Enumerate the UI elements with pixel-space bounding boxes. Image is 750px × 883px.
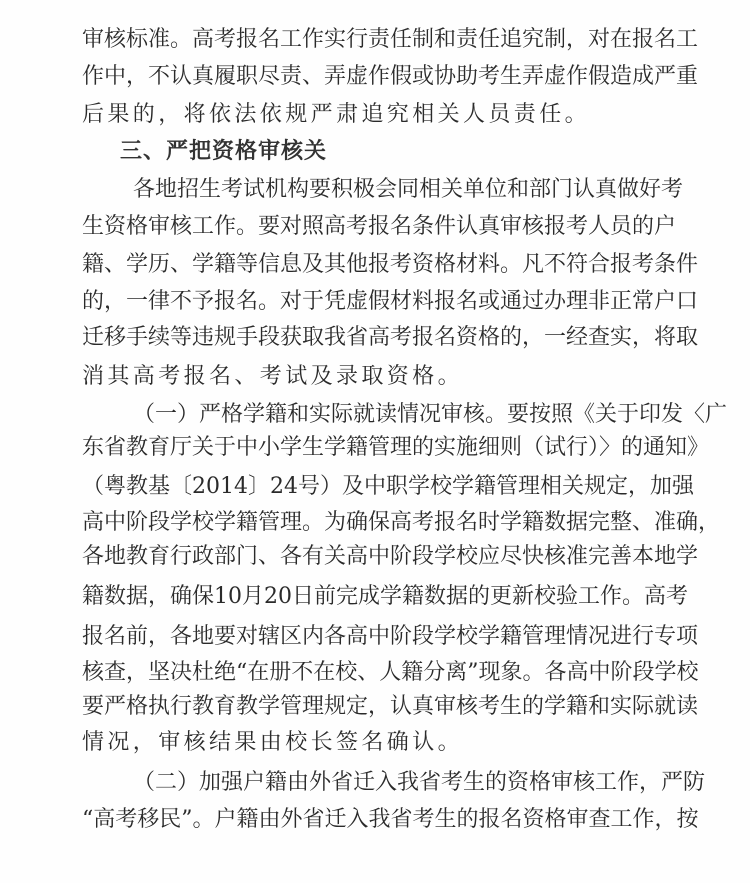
paragraph-start-line: 各地招生考试机构要积极会同相关单位和部门认真做好考 (133, 175, 664, 205)
text-line: 情况，审核结果由校长签名确认。 (82, 728, 664, 758)
text-line: 高中阶段学校学籍管理。为确保高考报名时学籍数据完整、准确， (82, 508, 664, 538)
text-line: 要严格执行教育教学管理规定，认真审核考生的学籍和实际就读 (82, 692, 664, 722)
text-line: “高考移民”。户籍由外省迁入我省考生的报名资格审查工作，按 (82, 805, 664, 835)
paragraph-start-line: （二）加强户籍由外省迁入我省考生的资格审核工作，严防 (133, 768, 664, 798)
text-line: 籍数据，确保10月20日前完成学籍数据的更新校验工作。高考 (82, 582, 664, 612)
text-line: 籍、学历、学籍等信息及其他报考资格材料。凡不符合报考条件 (82, 250, 664, 280)
text-line: 生资格审核工作。要对照高考报名条件认真审核报考人员的户 (82, 212, 664, 242)
text-line: 各地教育行政部门、各有关高中阶段学校应尽快核准完善本地学 (82, 542, 664, 572)
text-line: 作中，不认真履职尽责、弄虚作假或协助考生弄虚作假造成严重 (82, 62, 664, 92)
text-line: 消其高考报名、考试及录取资格。 (82, 362, 664, 392)
text-line: （粤教基〔2014〕24号）及中职学校学籍管理相关规定，加强 (82, 472, 664, 502)
text-line: 后果的，将依法依规严肃追究相关人员责任。 (82, 100, 664, 130)
paragraph-start-line: （一）严格学籍和实际就读情况审核。要按照《关于印发〈广 (133, 400, 664, 430)
text-line: 东省教育厅关于中小学生学籍管理的实施细则（试行）〉的通知》 (82, 433, 664, 463)
document-page: 审核标准。高考报名工作实行责任制和责任追究制，对在报名工 作中，不认真履职尽责、… (0, 0, 750, 883)
text-line: 的，一律不予报名。对于凭虚假材料报名或通过办理非正常户口 (82, 287, 664, 317)
section-heading: 三、严把资格审核关 (120, 137, 327, 167)
text-line: 报名前，各地要对辖区内各高中阶段学校学籍管理情况进行专项 (82, 622, 664, 652)
text-line: 迁移手续等违规手段获取我省高考报名资格的，一经查实，将取 (82, 323, 664, 353)
text-line: 核查，坚决杜绝“在册不在校、人籍分离”现象。各高中阶段学校 (82, 658, 664, 688)
text-line: 审核标准。高考报名工作实行责任制和责任追究制，对在报名工 (82, 25, 664, 55)
